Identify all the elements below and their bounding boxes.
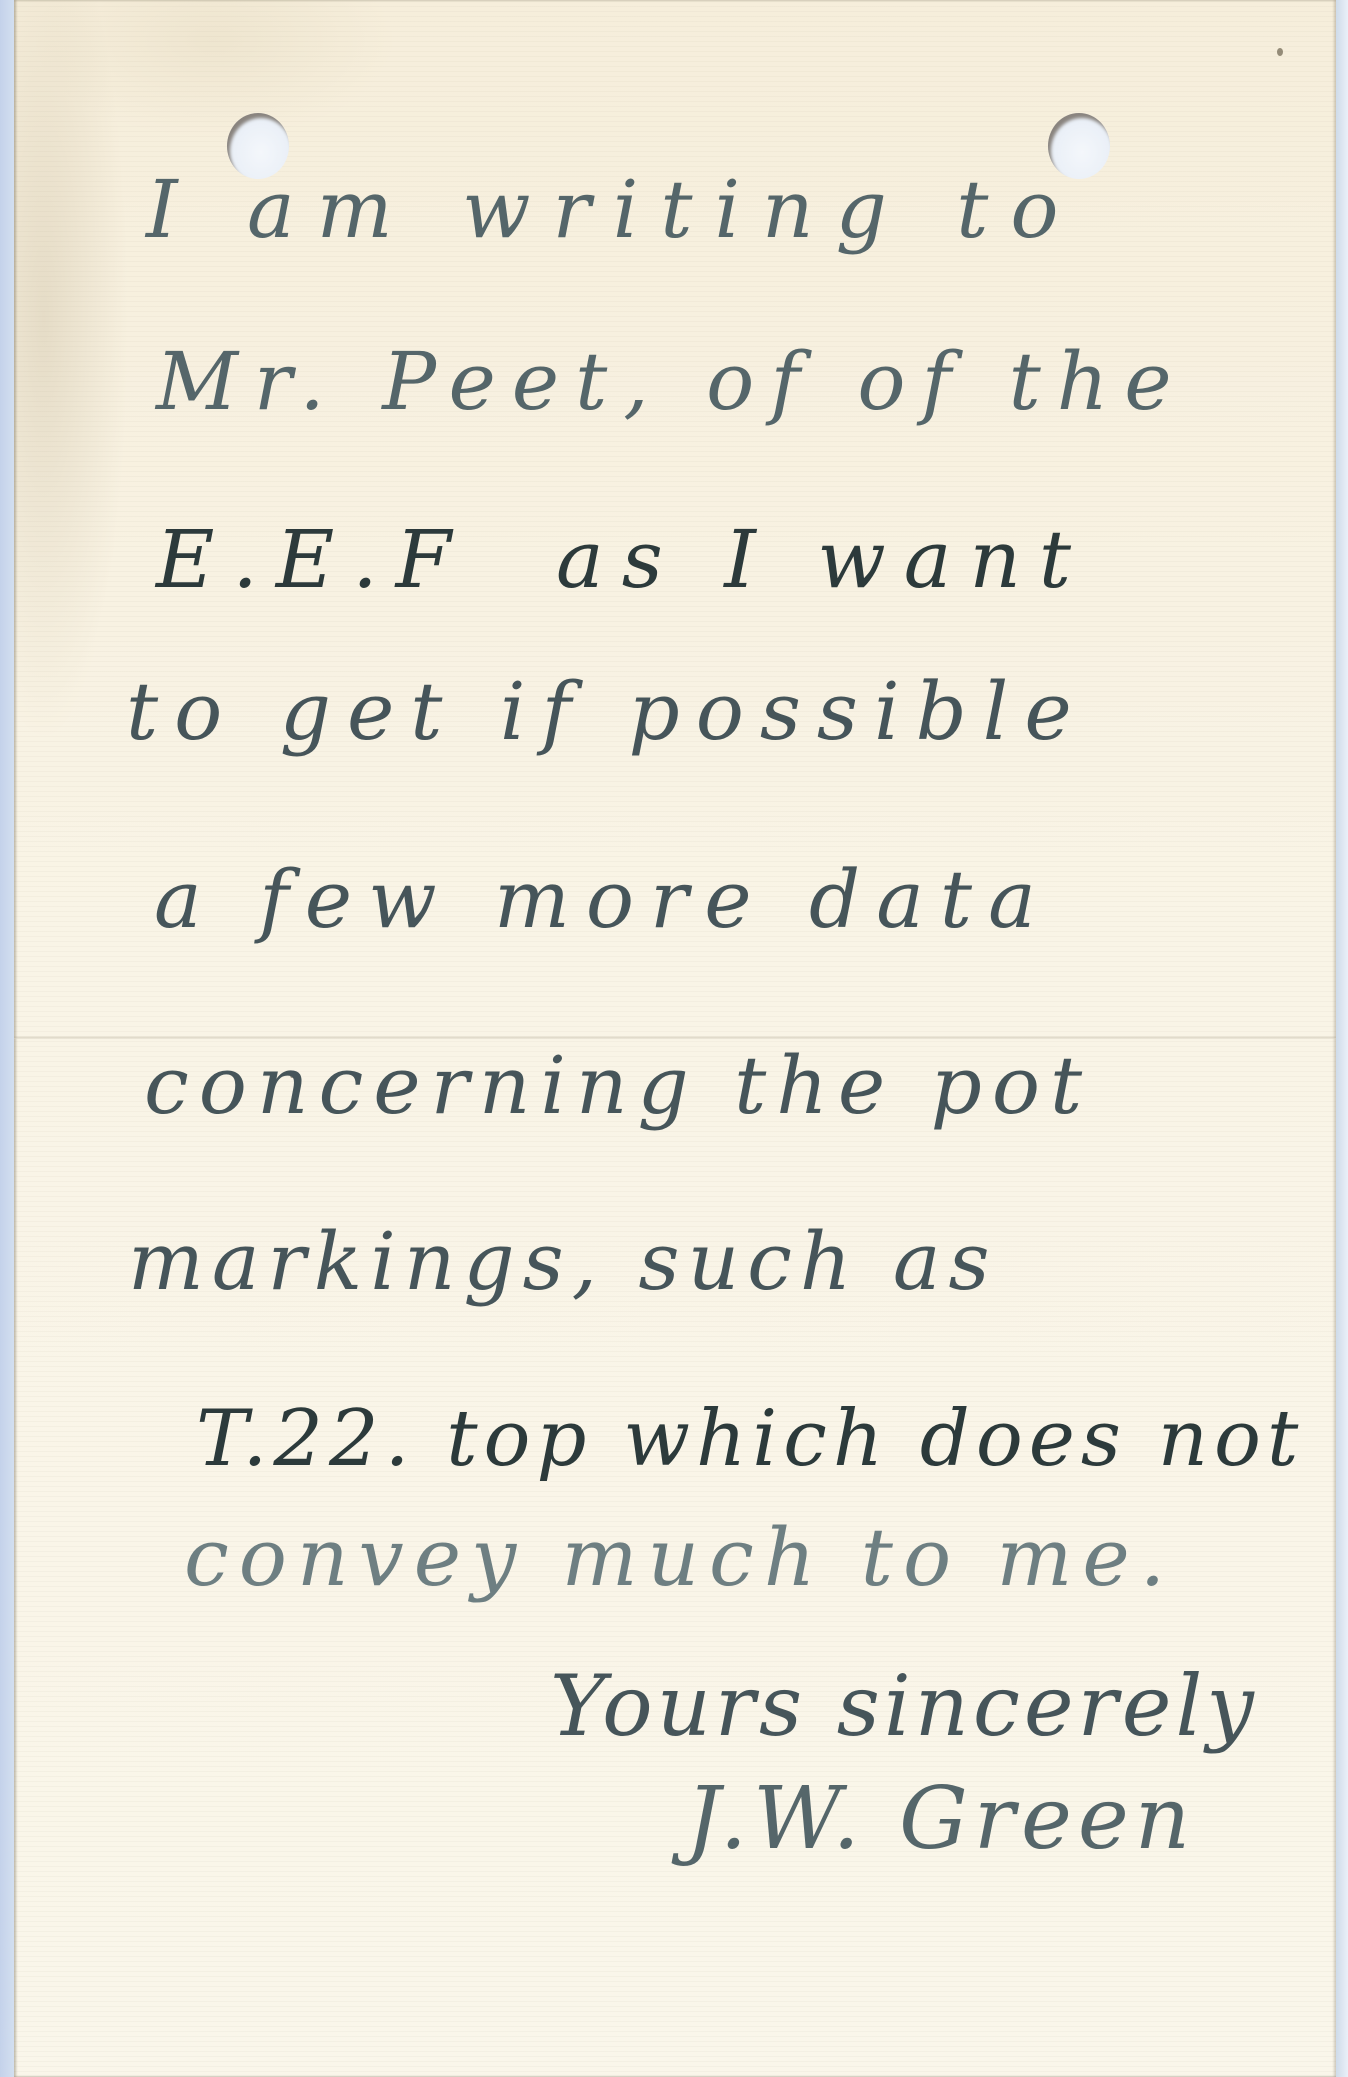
letter-line-5: a few more data bbox=[154, 860, 1052, 940]
letter-line-3: E.E.F as I want bbox=[156, 520, 1089, 600]
scan-background-right bbox=[1336, 0, 1348, 2077]
letter-signature: J.W. Green bbox=[686, 1776, 1196, 1862]
letter-line-1: I am writing to bbox=[146, 170, 1081, 250]
letter-line-4: to get if possible bbox=[126, 672, 1088, 752]
letter-line-9: convey much to me. bbox=[184, 1518, 1175, 1598]
letter-line-6: concerning the pot bbox=[144, 1046, 1092, 1126]
letter-line-2: Mr. Peet, of of the bbox=[156, 342, 1188, 422]
scan-background-left bbox=[0, 0, 14, 2077]
ink-speck bbox=[1277, 48, 1283, 56]
letter-closing: Yours sincerely bbox=[550, 1664, 1258, 1748]
letter-line-7: markings, such as bbox=[128, 1222, 998, 1302]
letter-line-8: T.22. top which does not bbox=[196, 1400, 1304, 1478]
